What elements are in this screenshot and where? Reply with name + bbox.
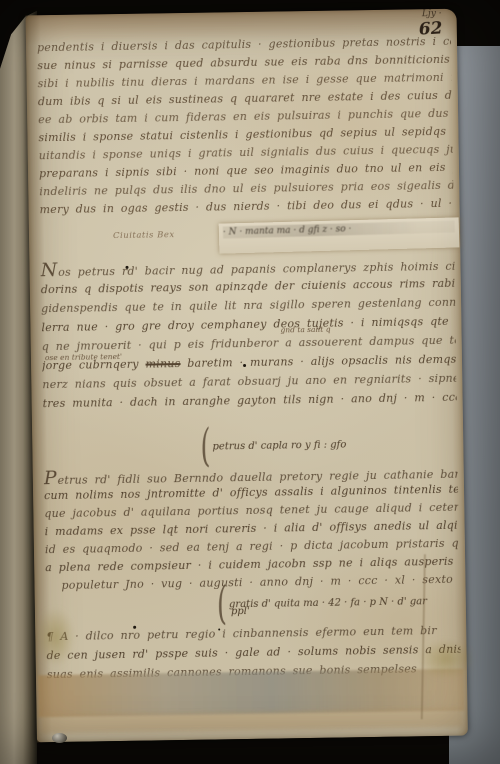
patch-inscription: · N · manta ma · d gfi z · so · bbox=[223, 220, 455, 238]
line-segment: baretim · murans · alijs opsaclis nis de… bbox=[180, 351, 456, 370]
marginal-note: Ciuitatis Bex bbox=[113, 230, 175, 241]
chancery-note-text: gratis d' quita ma · 42 · fa · p N · d' … bbox=[229, 596, 427, 610]
ink-dot bbox=[133, 626, 136, 629]
stain-blob bbox=[35, 607, 76, 668]
text-block-2: Nos petrus rd' bacir nug ad papanis comp… bbox=[40, 255, 456, 413]
chancery-note-2-line2: ppl' bbox=[231, 606, 250, 617]
strikethrough-word: minus bbox=[145, 357, 180, 371]
interlinear-note: gnd ta salit q bbox=[280, 325, 330, 335]
manuscript-photo: Ljy · 62 pendentis i diuersis i das capi… bbox=[0, 0, 500, 764]
page-weight bbox=[52, 733, 67, 743]
repair-patch: · N · manta ma · d gfi z · so · bbox=[219, 217, 460, 253]
text-block-3: Petrus rd' fidli suo Bernndo dauella pre… bbox=[44, 463, 460, 595]
ink-dot bbox=[125, 266, 128, 269]
chancery-note-text: petrus d' capla ro y fi : gfo bbox=[212, 439, 346, 452]
ink-dot bbox=[243, 364, 246, 367]
interlinear-note: ose en tribute tenet' bbox=[45, 352, 122, 362]
manuscript-page: Ljy · 62 pendentis i diuersis i das capi… bbox=[26, 9, 468, 743]
chancery-note-1: (petrus d' capla ro y fi : gfo bbox=[200, 430, 346, 462]
text-block-1: pendentis i diuersis i das capitulis · g… bbox=[37, 33, 454, 219]
ink-dot bbox=[218, 628, 220, 630]
